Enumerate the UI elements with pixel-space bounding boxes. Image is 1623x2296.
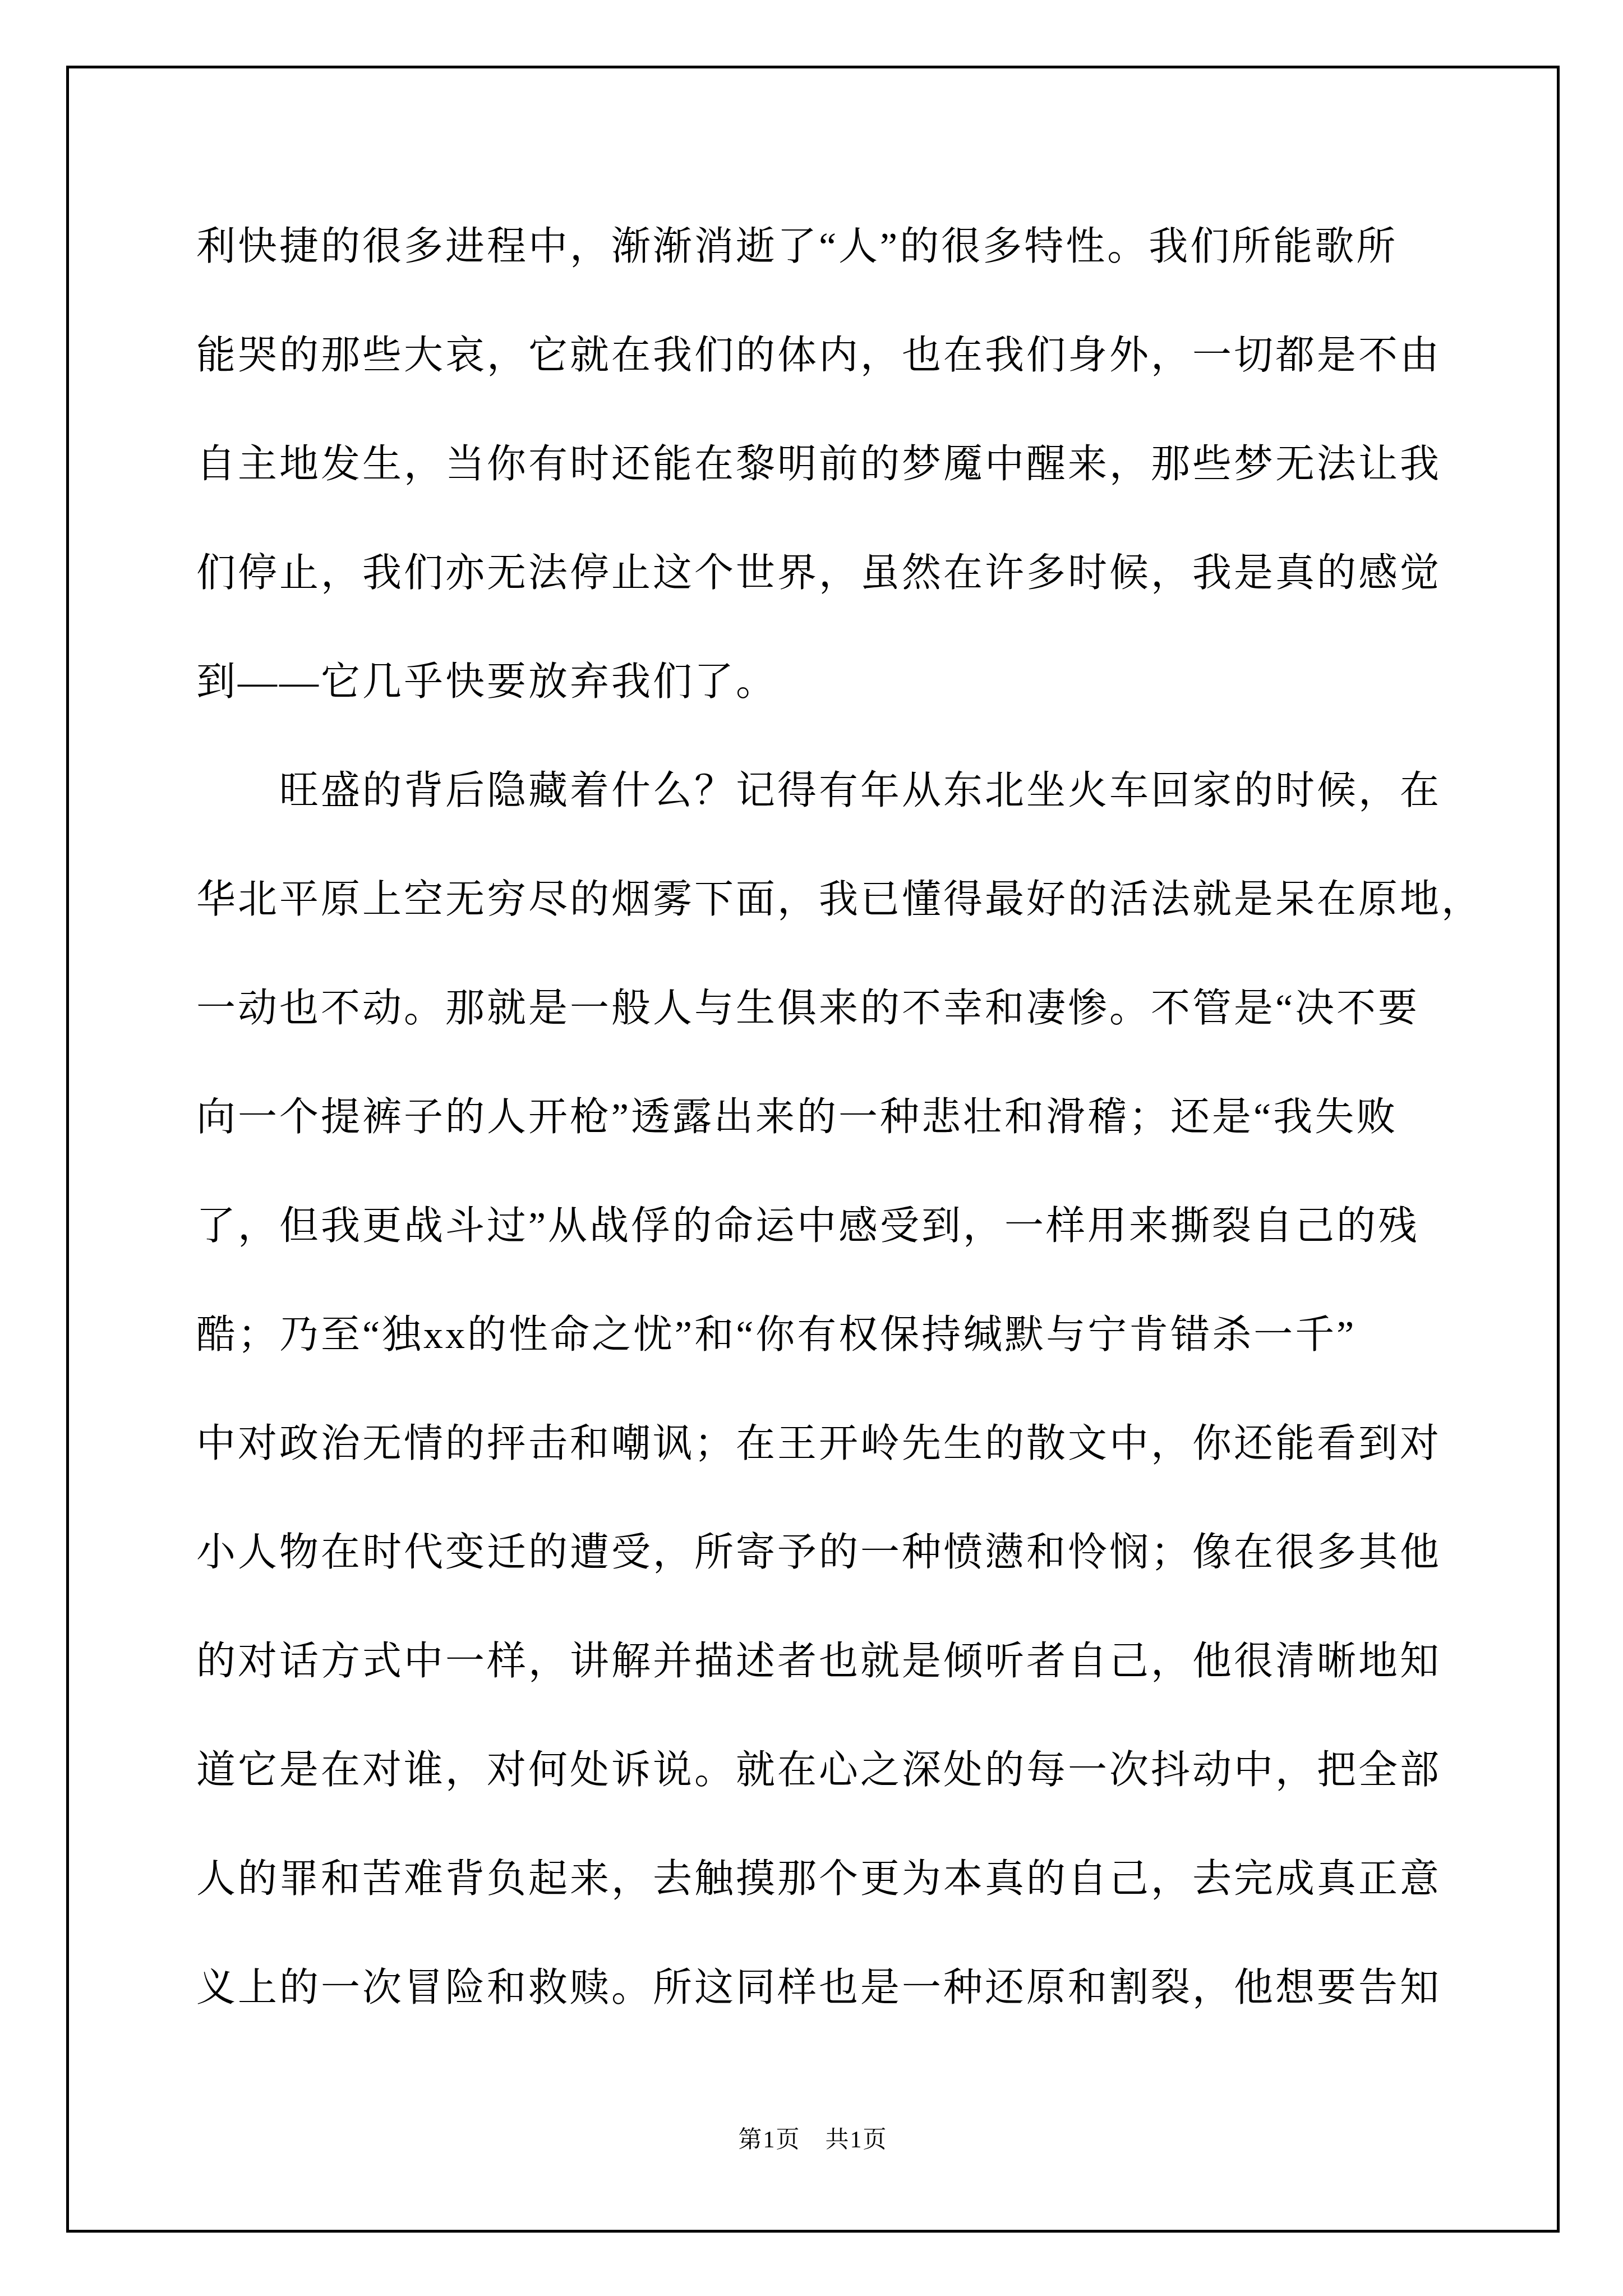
text-line: 小人物在时代变迁的遭受，所寄予的一种愤懑和怜悯；像在很多其他 xyxy=(196,1499,1447,1608)
document-body: 利快捷的很多进程中，渐渐消逝了“人”的很多特性。我们所能歌所能哭的那些大哀，它就… xyxy=(196,193,1447,2043)
text-line: 利快捷的很多进程中，渐渐消逝了“人”的很多特性。我们所能歌所 xyxy=(196,193,1447,302)
text-line: 到——它几乎快要放弃我们了。 xyxy=(196,628,1447,737)
text-line: 自主地发生，当你有时还能在黎明前的梦魇中醒来，那些梦无法让我 xyxy=(196,411,1447,519)
text-line: 们停止，我们亦无法停止这个世界，虽然在许多时候，我是真的感觉 xyxy=(196,519,1447,628)
text-line: 能哭的那些大哀，它就在我们的体内，也在我们身外，一切都是不由 xyxy=(196,302,1447,411)
text-line: 向一个提裤子的人开枪”透露出来的一种悲壮和滑稽；还是“我失败 xyxy=(196,1064,1447,1172)
text-line: 酷；乃至“独xx的性命之忧”和“你有权保持缄默与宁肯错杀一千” xyxy=(196,1281,1447,1390)
page-footer: 第1页 共1页 xyxy=(66,2125,1560,2155)
text-line: 旺盛的背后隐藏着什么？记得有年从东北坐火车回家的时候，在 xyxy=(196,737,1447,846)
text-line: 的对话方式中一样，讲解并描述者也就是倾听者自己，他很清晰地知 xyxy=(196,1608,1447,1717)
text-line: 人的罪和苦难背负起来，去触摸那个更为本真的自己，去完成真正意 xyxy=(196,1825,1447,1934)
text-line: 了，但我更战斗过”从战俘的命运中感受到，一样用来撕裂自己的残 xyxy=(196,1172,1447,1281)
text-line: 华北平原上空无穷尽的烟雾下面，我已懂得最好的活法就是呆在原地， xyxy=(196,846,1447,955)
document-page: { "colors": { "background": "#ffffff", "… xyxy=(0,0,1623,2296)
text-line: 中对政治无情的抨击和嘲讽；在王开岭先生的散文中，你还能看到对 xyxy=(196,1390,1447,1499)
text-line: 一动也不动。那就是一般人与生俱来的不幸和凄惨。不管是“决不要 xyxy=(196,955,1447,1064)
text-line: 道它是在对谁，对何处诉说。就在心之深处的每一次抖动中，把全部 xyxy=(196,1717,1447,1825)
text-line: 义上的一次冒险和救赎。所这同样也是一种还原和割裂，他想要告知 xyxy=(196,1934,1447,2043)
